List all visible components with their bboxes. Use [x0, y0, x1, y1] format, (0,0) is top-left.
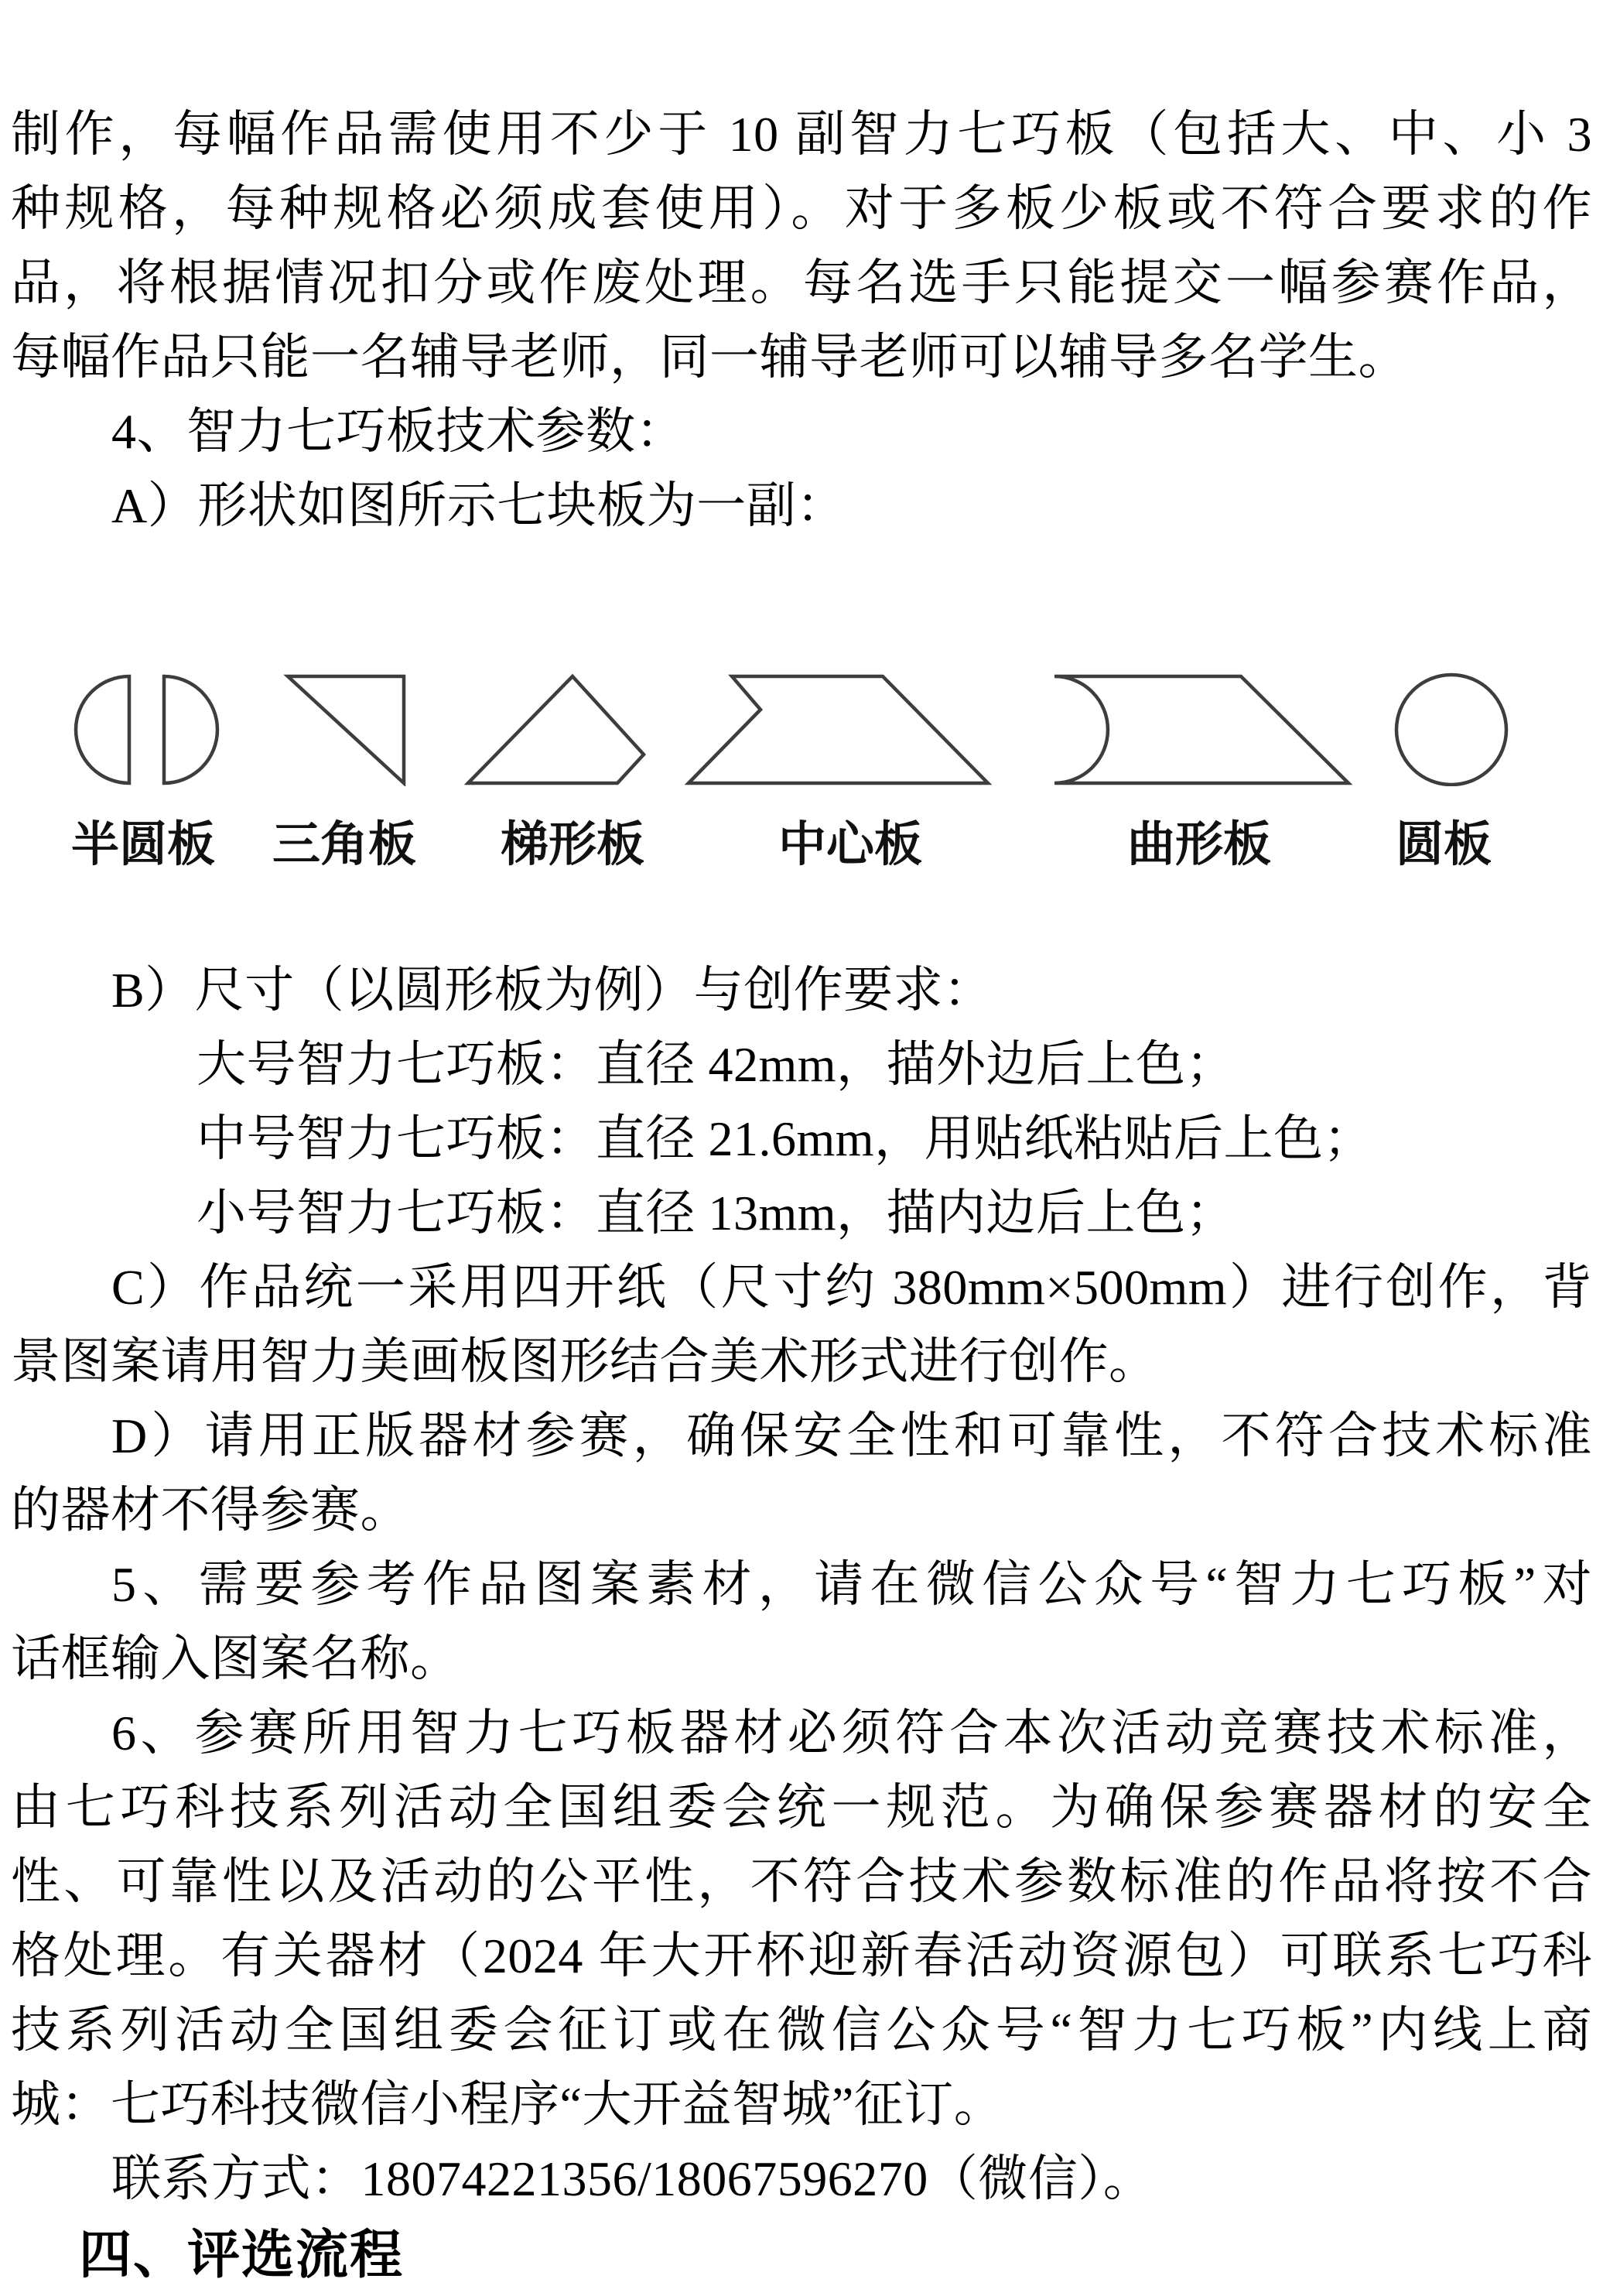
label-triangle-board: 三角板: [272, 817, 416, 873]
label-curve-board: 曲形板: [1127, 817, 1271, 873]
item-6-line-4: 格处理。有关器材（2024 年大开杯迎新春活动资源包）可联系七巧科: [11, 1919, 1592, 1993]
item-a-line: A）形状如图所示七块板为一副：: [11, 469, 1592, 543]
section-4-heading: 四、评选流程: [11, 2216, 1592, 2294]
triangle-shape: [288, 676, 404, 783]
item-c-line-2: 景图案请用智力美画板图形结合美术形式进行创作。: [11, 1325, 1592, 1399]
size-medium-line: 中号智力七巧板：直径 21.6mm，用贴纸粘贴后上色；: [11, 1102, 1592, 1176]
semicircle-left-shape: [76, 676, 129, 783]
item-b-line: B）尺寸（以圆形板为例）与创作要求：: [11, 953, 1592, 1028]
item-5-line-2: 话框输入图案名称。: [11, 1622, 1592, 1696]
para1-line-2: 种规格，每种规格必须成套使用）。对于多板少板或不符合要求的作: [11, 172, 1592, 246]
item-6-line-5: 技系列活动全国组委会征订或在微信公众号“智力七巧板”内线上商: [11, 1993, 1592, 2068]
label-circle-board: 圆板: [1396, 817, 1492, 873]
label-trapezoid-board: 梯形板: [501, 817, 644, 873]
item-4-heading: 4、智力七巧板技术参数：: [11, 395, 1592, 469]
contact-line: 联系方式：18074221356/18067596270（微信）。: [11, 2142, 1592, 2216]
label-center-board: 中心板: [778, 817, 922, 873]
trapezoid-shape: [468, 676, 644, 783]
item-d-line-2: 的器材不得参赛。: [11, 1473, 1592, 1548]
item-d-line-1: D）请用正版器材参赛，确保安全性和可靠性，不符合技术标准: [11, 1399, 1592, 1473]
circle-board-shape: [1396, 675, 1506, 785]
item-6-line-3: 性、可靠性以及活动的公平性，不符合技术参数标准的作品将按不合: [11, 1845, 1592, 1919]
size-large-line: 大号智力七巧板：直径 42mm，描外边后上色；: [11, 1028, 1592, 1102]
para1-line-3: 品，将根据情况扣分或作废处理。每名选手只能提交一幅参赛作品，: [11, 246, 1592, 320]
item-c-line-1: C）作品统一采用四开纸（尺寸约 380mm×500mm）进行创作，背: [11, 1251, 1592, 1325]
item-5-line-1: 5、需要参考作品图案素材，请在微信公众号“智力七巧板”对: [11, 1548, 1592, 1622]
size-small-line: 小号智力七巧板：直径 13mm，描内边后上色；: [11, 1176, 1592, 1251]
tangram-shapes-svg: [0, 659, 1603, 786]
para1-line-4: 每幅作品只能一名辅导老师，同一辅导老师可以辅导多名学生。: [11, 320, 1592, 395]
item-6-line-2: 由七巧科技系列活动全国组委会统一规范。为确保参赛器材的安全: [11, 1771, 1592, 1845]
para1-line-1: 制作，每幅作品需使用不少于 10 副智力七巧板（包括大、中、小 3: [11, 98, 1592, 172]
curve-board-shape: [1054, 676, 1348, 783]
shape-label-row: 半圆板 三角板 梯形板 中心板 曲形板 圆板: [0, 817, 1603, 873]
semicircle-right-shape: [164, 676, 217, 783]
item-6-line-1: 6、参赛所用智力七巧板器材必须符合本次活动竞赛技术标准，: [11, 1696, 1592, 1771]
tangram-shapes-group: [76, 675, 1506, 785]
label-semicircle-board: 半圆板: [71, 817, 215, 873]
document-page: 制作，每幅作品需使用不少于 10 副智力七巧板（包括大、中、小 3 种规格，每种…: [0, 0, 1603, 2296]
tangram-figure: 半圆板 三角板 梯形板 中心板 曲形板 圆板: [0, 659, 1603, 873]
item-6-line-6: 城：七巧科技微信小程序“大开益智城”征订。: [11, 2068, 1592, 2142]
center-board-shape: [689, 676, 988, 783]
